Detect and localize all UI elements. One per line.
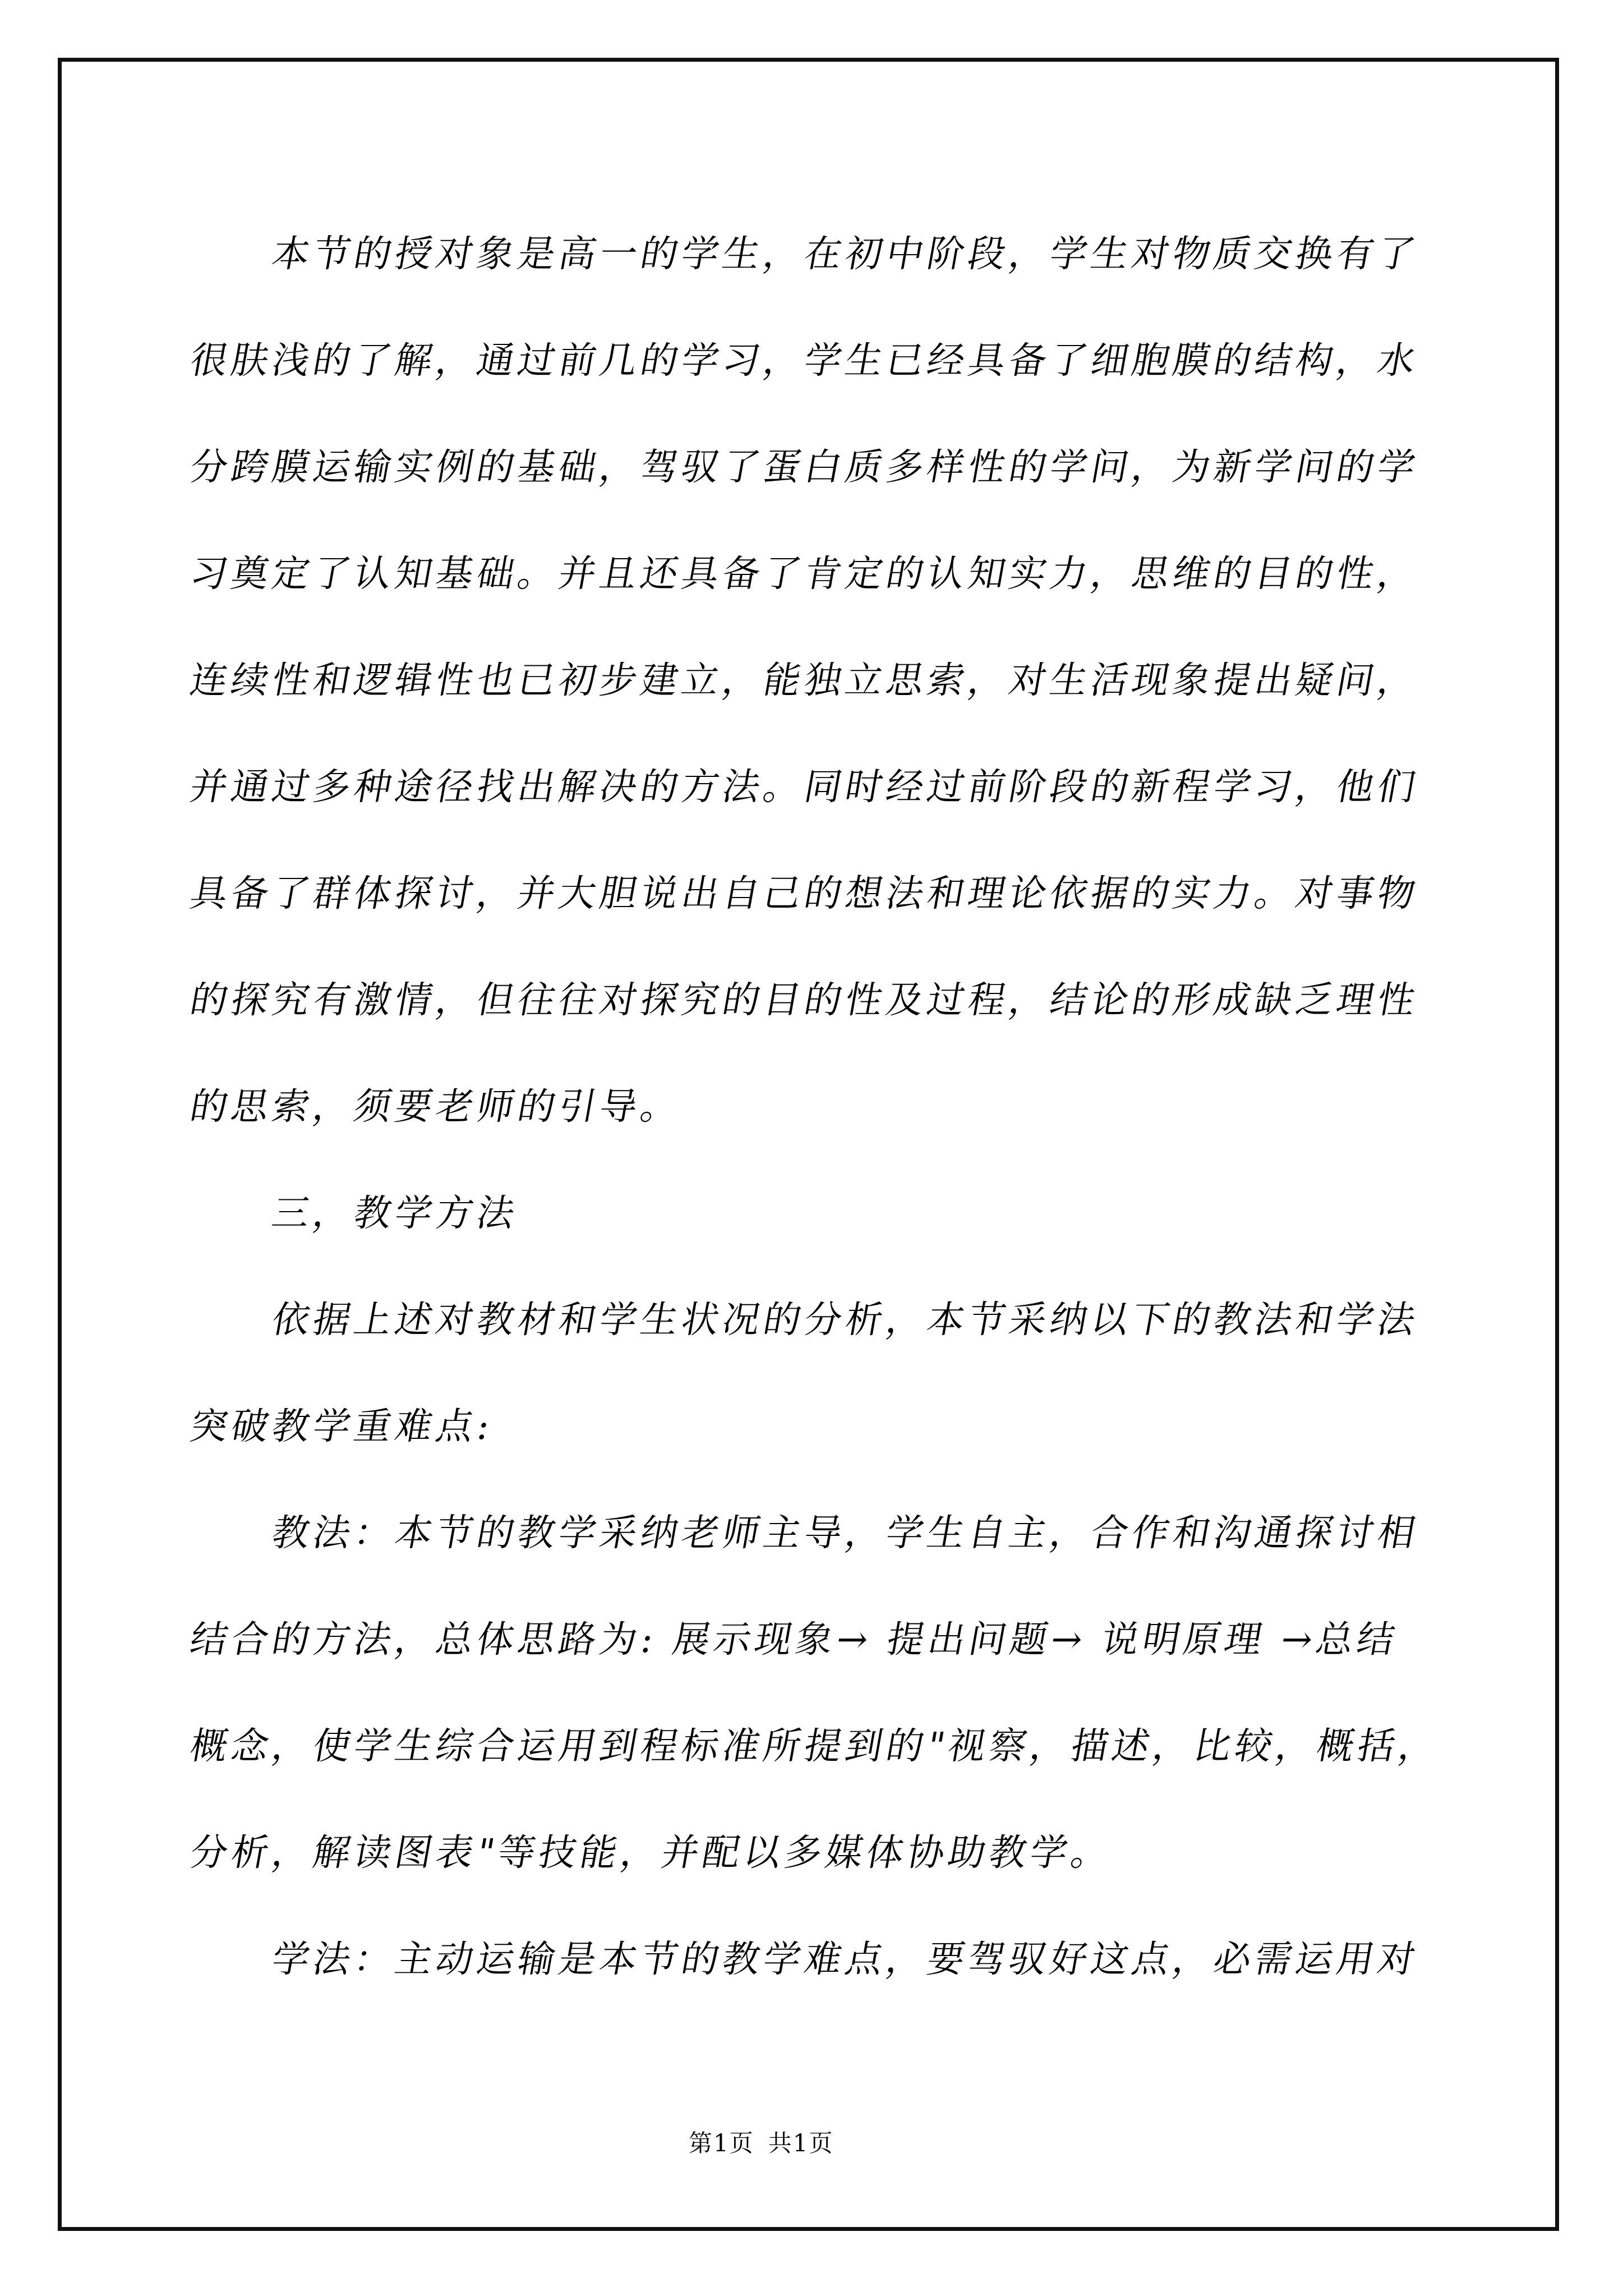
text-line: 突破教学重难点: — [181, 1373, 1507, 1480]
text-line: 本节的授对象是高一的学生，在初中阶段，学生对物质交换有了 — [181, 201, 1507, 307]
text-line: 习奠定了认知基础。并且还具备了肯定的认知实力，思维的目的性， — [181, 521, 1507, 627]
text-line: 并通过多种途径找出解决的方法。同时经过前阶段的新程学习，他们 — [181, 734, 1507, 840]
text-line: 依据上述对教材和学生状况的分析，本节采纳以下的教法和学法 — [181, 1267, 1507, 1373]
document-body: 本节的授对象是高一的学生，在初中阶段，学生对物质交换有了 很肤浅的了解，通过前几… — [191, 201, 1497, 2013]
text-line: 的思索，须要老师的引导。 — [181, 1053, 1507, 1160]
page-total-label: 共1页 — [768, 2129, 834, 2157]
page-footer: 第1页共1页 — [689, 2130, 833, 2157]
section-heading: 三，教学方法 — [181, 1160, 1507, 1267]
text-line: 概念，使学生综合运用到程标准所提到的"视察，描述，比较，概括， — [181, 1693, 1507, 1800]
text-line: 分析，解读图表"等技能，并配以多媒体协助教学。 — [181, 1800, 1507, 1906]
text-line: 很肤浅的了解，通过前几的学习，学生已经具备了细胞膜的结构，水 — [181, 307, 1507, 414]
text-line: 分跨膜运输实例的基础，驾驭了蛋白质多样性的学问，为新学问的学 — [181, 414, 1507, 521]
text-line: 结合的方法，总体思路为: 展示现象→ 提出问题→ 说明原理 →总结 — [181, 1586, 1507, 1693]
text-line: 具备了群体探讨，并大胆说出自己的想法和理论依据的实力。对事物 — [181, 840, 1507, 947]
page-number-label: 第1页 — [689, 2129, 754, 2157]
text-line: 学法：主动运输是本节的教学难点，要驾驭好这点，必需运用对 — [181, 1906, 1507, 2013]
text-line: 的探究有激情，但往往对探究的目的性及过程，结论的形成缺乏理性 — [181, 947, 1507, 1053]
text-line: 连续性和逻辑性也已初步建立，能独立思索，对生活现象提出疑问， — [181, 627, 1507, 734]
text-line: 教法：本节的教学采纳老师主导，学生自主，合作和沟通探讨相 — [181, 1480, 1507, 1586]
document-page: { "document": { "body_lines": [ { "text"… — [0, 0, 1623, 2296]
